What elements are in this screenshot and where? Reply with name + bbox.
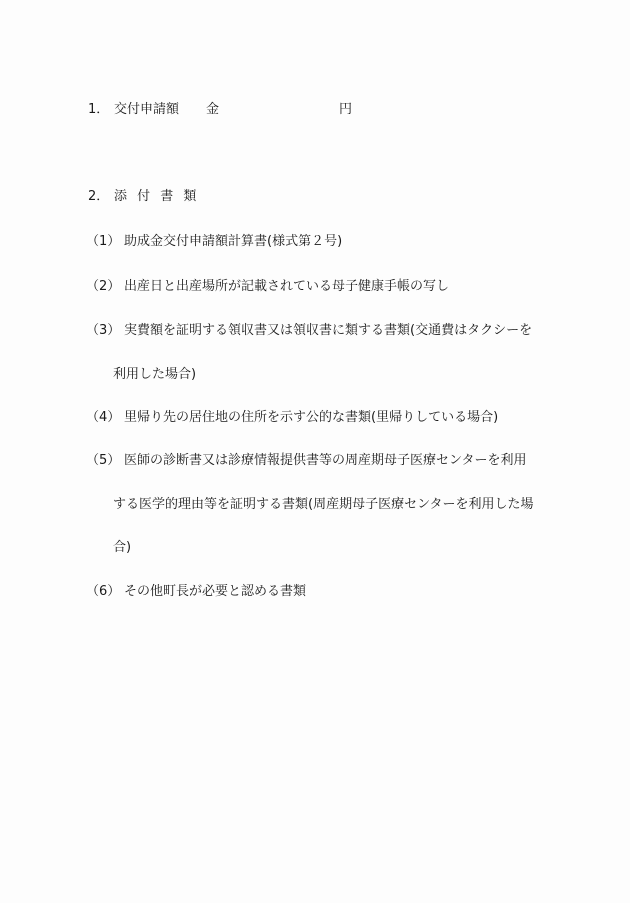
item-text: 里帰り先の居住地の住所を示す公的な書類(里帰りしている場合) bbox=[124, 410, 498, 425]
attachments-heading: 2．添 付 書 類 bbox=[88, 189, 199, 205]
attachment-item-2: （2）出産日と出産場所が記載されている母子健康手帳の写し bbox=[86, 279, 449, 295]
amount-suffix: 円 bbox=[339, 102, 352, 118]
section-number: 2． bbox=[88, 189, 114, 205]
item-number: （4） bbox=[86, 410, 124, 426]
attachment-item-6: （6）その他町長が必要と認める書類 bbox=[86, 584, 306, 600]
amount-prefix: 金 bbox=[206, 102, 219, 118]
item-number: （2） bbox=[86, 279, 124, 295]
application-amount-label: 交付申請額 bbox=[114, 102, 179, 117]
attachment-item-3: （3）実費額を証明する領収書又は領収書に類する書類(交通費はタクシーを bbox=[86, 323, 532, 339]
item-text: その他町長が必要と認める書類 bbox=[124, 584, 306, 599]
item-number: （3） bbox=[86, 323, 124, 339]
attachment-item-5-continuation-1: する医学的理由等を証明する書類(周産期母子医療センターを利用した場 bbox=[113, 497, 534, 513]
item-number: （1） bbox=[86, 234, 124, 250]
application-amount-row: 1．交付申請額 bbox=[88, 102, 179, 118]
item-text: 助成金交付申請額計算書(様式第２号) bbox=[124, 234, 342, 249]
attachment-item-1: （1）助成金交付申請額計算書(様式第２号) bbox=[86, 234, 342, 250]
item-number: （6） bbox=[86, 584, 124, 600]
attachment-item-5-continuation-2: 合) bbox=[113, 540, 131, 556]
attachments-heading-label: 添 付 書 類 bbox=[114, 189, 199, 204]
item-text: 実費額を証明する領収書又は領収書に類する書類(交通費はタクシーを bbox=[124, 323, 532, 338]
attachment-item-5: （5）医師の診断書又は診療情報提供書等の周産期母子医療センターを利用 bbox=[86, 453, 526, 469]
attachment-item-3-continuation: 利用した場合) bbox=[113, 367, 196, 383]
item-text: 出産日と出産場所が記載されている母子健康手帳の写し bbox=[124, 279, 449, 294]
section-number: 1． bbox=[88, 102, 114, 118]
attachment-item-4: （4）里帰り先の居住地の住所を示す公的な書類(里帰りしている場合) bbox=[86, 410, 498, 426]
item-text: 医師の診断書又は診療情報提供書等の周産期母子医療センターを利用 bbox=[124, 453, 526, 468]
item-number: （5） bbox=[86, 453, 124, 469]
